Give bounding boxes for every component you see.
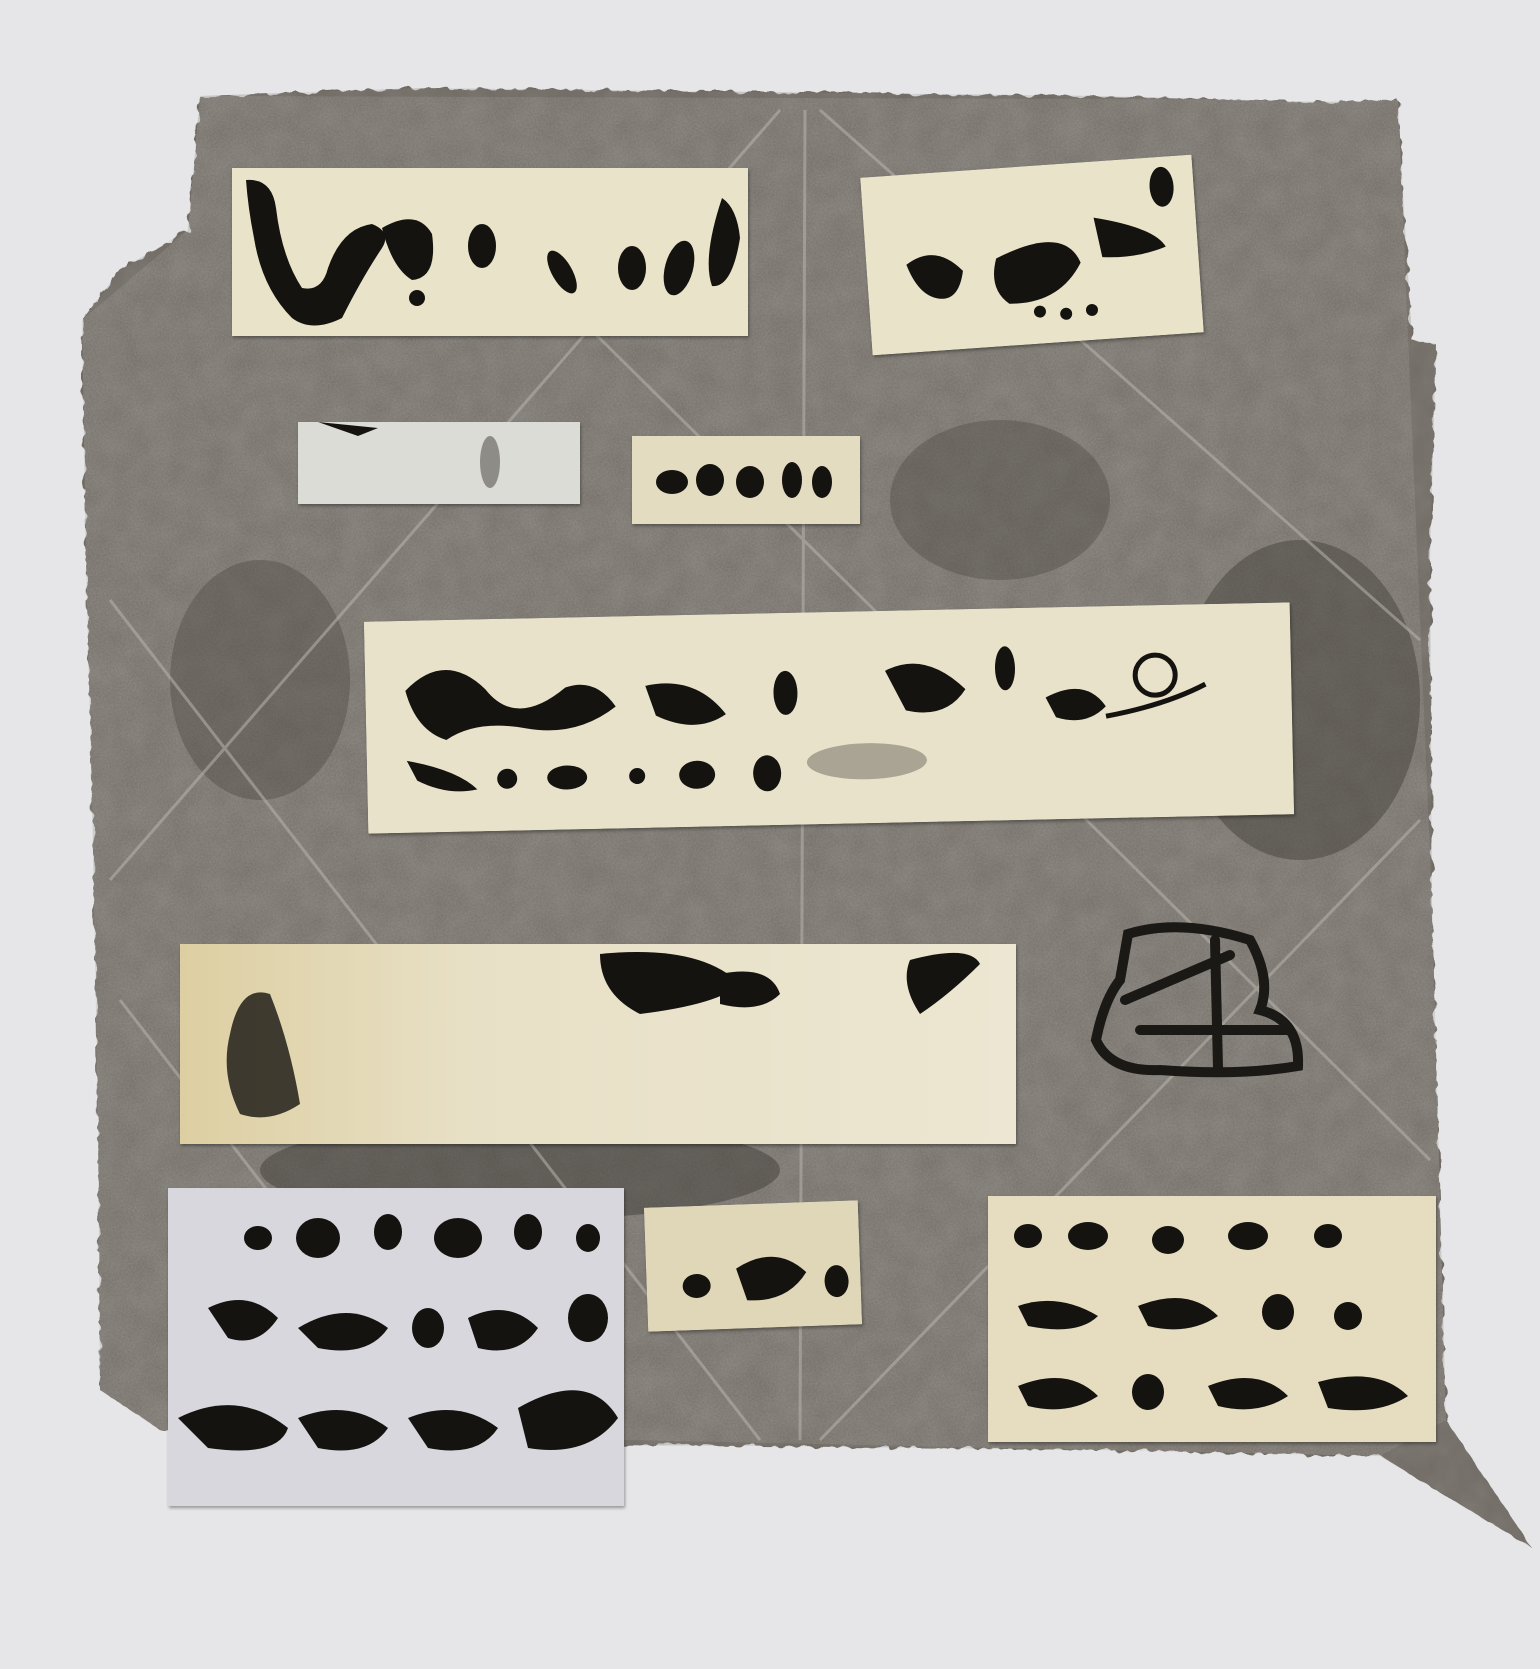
strip-top-right bbox=[860, 155, 1204, 356]
strip-center-large bbox=[364, 602, 1294, 833]
strip-small-mid bbox=[632, 436, 860, 524]
strip-bottom-right bbox=[988, 1196, 1436, 1442]
artwork-photo: Photograph of an abstract collage: torn … bbox=[0, 0, 1540, 1669]
strip-bottom-left bbox=[168, 1188, 624, 1506]
strip-mid-wide bbox=[180, 944, 1016, 1144]
strip-bottom-mid bbox=[644, 1200, 862, 1331]
strip-top-left bbox=[232, 168, 748, 336]
strip-small-left bbox=[298, 422, 580, 504]
